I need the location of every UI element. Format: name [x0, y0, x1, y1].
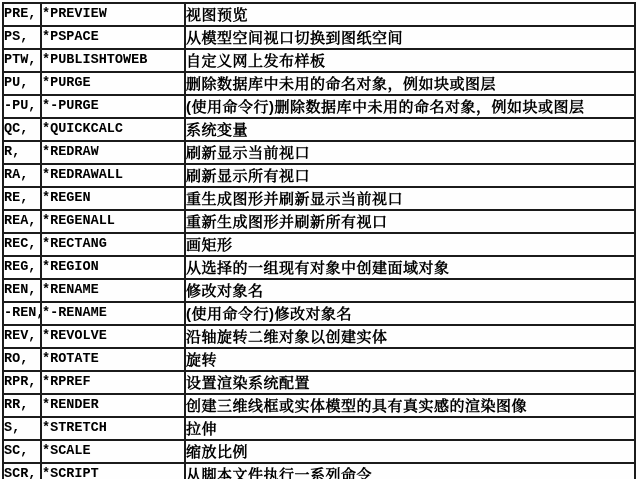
table-row: SC,*SCALE缩放比例 — [3, 440, 635, 463]
command-alias-reference-screen: PRE,*PREVIEW视图预览PS,*PSPACE从模型空间视口切换到图纸空间… — [0, 2, 640, 479]
description-cell: 缩放比例 — [185, 440, 635, 463]
alias-cell: REV, — [3, 325, 41, 348]
table-row: RPR,*RPREF设置渲染系统配置 — [3, 371, 635, 394]
command-alias-table-body: PRE,*PREVIEW视图预览PS,*PSPACE从模型空间视口切换到图纸空间… — [3, 3, 635, 479]
command-cell: *STRETCH — [41, 417, 185, 440]
table-row: REA,*REGENALL重新生成图形并刷新所有视口 — [3, 210, 635, 233]
command-cell: *RENDER — [41, 394, 185, 417]
description-cell: 沿轴旋转二维对象以创建实体 — [185, 325, 635, 348]
table-row: RO,*ROTATE旋转 — [3, 348, 635, 371]
description-cell: (使用命令行)修改对象名 — [185, 302, 635, 325]
description-cell: 删除数据库中未用的命名对象，例如块或图层 — [185, 72, 635, 95]
description-cell: 视图预览 — [185, 3, 635, 26]
description-cell: (使用命令行)删除数据库中未用的命名对象，例如块或图层 — [185, 95, 635, 118]
alias-cell: RA, — [3, 164, 41, 187]
table-row: -REN,*-RENAME(使用命令行)修改对象名 — [3, 302, 635, 325]
command-cell: *-RENAME — [41, 302, 185, 325]
command-cell: *RECTANG — [41, 233, 185, 256]
description-cell: 创建三维线框或实体模型的具有真实感的渲染图像 — [185, 394, 635, 417]
alias-cell: -REN, — [3, 302, 41, 325]
alias-cell: RE, — [3, 187, 41, 210]
table-row: PRE,*PREVIEW视图预览 — [3, 3, 635, 26]
description-cell: 自定义网上发布样板 — [185, 49, 635, 72]
alias-cell: PTW, — [3, 49, 41, 72]
table-row: REC,*RECTANG画矩形 — [3, 233, 635, 256]
command-cell: *REGEN — [41, 187, 185, 210]
table-row: PU,*PURGE删除数据库中未用的命名对象，例如块或图层 — [3, 72, 635, 95]
table-row: PTW,*PUBLISHTOWEB自定义网上发布样板 — [3, 49, 635, 72]
command-cell: *SCRIPT — [41, 463, 185, 479]
alias-cell: REA, — [3, 210, 41, 233]
description-cell: 旋转 — [185, 348, 635, 371]
alias-cell: -PU, — [3, 95, 41, 118]
table-row: RA,*REDRAWALL刷新显示所有视口 — [3, 164, 635, 187]
table-row: RE,*REGEN重生成图形并刷新显示当前视口 — [3, 187, 635, 210]
command-cell: *SCALE — [41, 440, 185, 463]
command-cell: *RPREF — [41, 371, 185, 394]
table-row: PS,*PSPACE从模型空间视口切换到图纸空间 — [3, 26, 635, 49]
description-cell: 拉伸 — [185, 417, 635, 440]
description-cell: 系统变量 — [185, 118, 635, 141]
alias-cell: SC, — [3, 440, 41, 463]
command-cell: *PSPACE — [41, 26, 185, 49]
table-row: REG,*REGION从选择的一组现有对象中创建面域对象 — [3, 256, 635, 279]
description-cell: 从模型空间视口切换到图纸空间 — [185, 26, 635, 49]
command-alias-table: PRE,*PREVIEW视图预览PS,*PSPACE从模型空间视口切换到图纸空间… — [2, 2, 636, 479]
alias-cell: REN, — [3, 279, 41, 302]
description-cell: 画矩形 — [185, 233, 635, 256]
command-cell: *REGION — [41, 256, 185, 279]
description-cell: 修改对象名 — [185, 279, 635, 302]
command-cell: *REGENALL — [41, 210, 185, 233]
alias-cell: PS, — [3, 26, 41, 49]
table-row: QC,*QUICKCALC系统变量 — [3, 118, 635, 141]
description-cell: 重新生成图形并刷新所有视口 — [185, 210, 635, 233]
command-cell: *ROTATE — [41, 348, 185, 371]
command-cell: *PREVIEW — [41, 3, 185, 26]
description-cell: 重生成图形并刷新显示当前视口 — [185, 187, 635, 210]
description-cell: 从脚本文件执行一系列命令 — [185, 463, 635, 479]
command-cell: *REDRAW — [41, 141, 185, 164]
table-row: REN,*RENAME修改对象名 — [3, 279, 635, 302]
alias-cell: RR, — [3, 394, 41, 417]
alias-cell: RO, — [3, 348, 41, 371]
description-cell: 刷新显示所有视口 — [185, 164, 635, 187]
table-row: RR,*RENDER创建三维线框或实体模型的具有真实感的渲染图像 — [3, 394, 635, 417]
table-row: REV,*REVOLVE沿轴旋转二维对象以创建实体 — [3, 325, 635, 348]
table-row: R,*REDRAW刷新显示当前视口 — [3, 141, 635, 164]
alias-cell: REG, — [3, 256, 41, 279]
alias-cell: QC, — [3, 118, 41, 141]
description-cell: 设置渲染系统配置 — [185, 371, 635, 394]
command-cell: *PUBLISHTOWEB — [41, 49, 185, 72]
command-cell: *-PURGE — [41, 95, 185, 118]
command-cell: *PURGE — [41, 72, 185, 95]
table-row: -PU,*-PURGE(使用命令行)删除数据库中未用的命名对象，例如块或图层 — [3, 95, 635, 118]
command-cell: *REDRAWALL — [41, 164, 185, 187]
description-cell: 刷新显示当前视口 — [185, 141, 635, 164]
command-cell: *RENAME — [41, 279, 185, 302]
command-cell: *QUICKCALC — [41, 118, 185, 141]
alias-cell: RPR, — [3, 371, 41, 394]
alias-cell: PRE, — [3, 3, 41, 26]
description-cell: 从选择的一组现有对象中创建面域对象 — [185, 256, 635, 279]
command-cell: *REVOLVE — [41, 325, 185, 348]
alias-cell: S, — [3, 417, 41, 440]
alias-cell: R, — [3, 141, 41, 164]
alias-cell: REC, — [3, 233, 41, 256]
table-row: SCR,*SCRIPT从脚本文件执行一系列命令 — [3, 463, 635, 479]
alias-cell: PU, — [3, 72, 41, 95]
alias-cell: SCR, — [3, 463, 41, 479]
table-row: S,*STRETCH拉伸 — [3, 417, 635, 440]
